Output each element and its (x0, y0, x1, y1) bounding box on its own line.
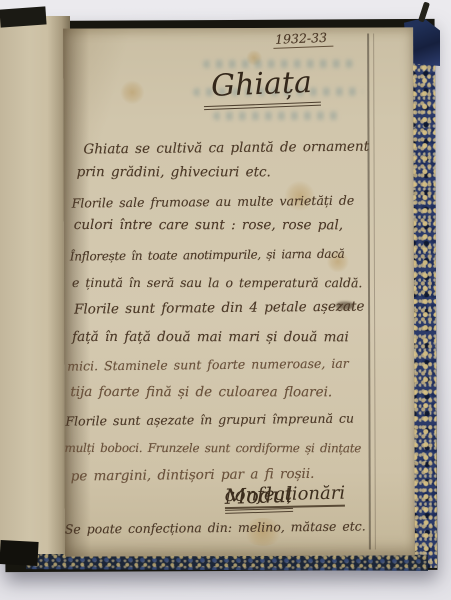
margin-rule-line (367, 34, 371, 550)
handwritten-line: tija foarte fină și de culoarea floarei. (70, 382, 332, 402)
manuscript-page: 1932-33 Ghiața Ghiata se cultivă ca plan… (63, 27, 415, 556)
margin-rule-line-inner (373, 34, 376, 550)
handwritten-line: prin grădini, ghiveciuri etc. (77, 162, 271, 182)
section-heading-word2: confecționări (224, 483, 345, 510)
handwritten-line: Ghiata se cultivă ca plantă de ornament (83, 137, 369, 160)
handwritten-line: mici. Staminele sunt foarte numeroase, i… (67, 354, 349, 377)
handwritten-line: e ținută în seră sau la o temperatură ca… (72, 273, 362, 293)
handwritten-line: culori între care sunt : rose, rose pal, (74, 215, 343, 235)
handwritten-line: Florile sunt așezate în grupuri împreună… (65, 409, 354, 432)
cover-corner-bottom-left (0, 540, 39, 566)
page-title: Ghiața (93, 68, 313, 69)
left-page (0, 16, 70, 554)
year-label: 1932-33 (273, 30, 334, 49)
handwritten-line: față în față două mai mari și două mai (72, 327, 349, 347)
handwritten-line: mulți boboci. Frunzele sunt cordiforme ș… (65, 438, 362, 458)
handwritten-line: Florile sunt formate din 4 petale așezat… (74, 297, 365, 320)
cover-corner-top-left (0, 6, 47, 27)
page-title-text: Ghiața (203, 66, 321, 110)
paper-stain (120, 80, 144, 104)
photo-backdrop: 1932-33 Ghiața Ghiata se cultivă ca plan… (0, 0, 451, 600)
handwritten-line: Înflorește în toate anotimpurile, și iar… (70, 244, 345, 267)
ink-bleed-through (213, 112, 343, 120)
handwritten-line: Se poate confecționa din: melino, mătase… (65, 517, 366, 540)
handwritten-line: Florile sale frumoase au multe varietăți… (72, 191, 355, 214)
